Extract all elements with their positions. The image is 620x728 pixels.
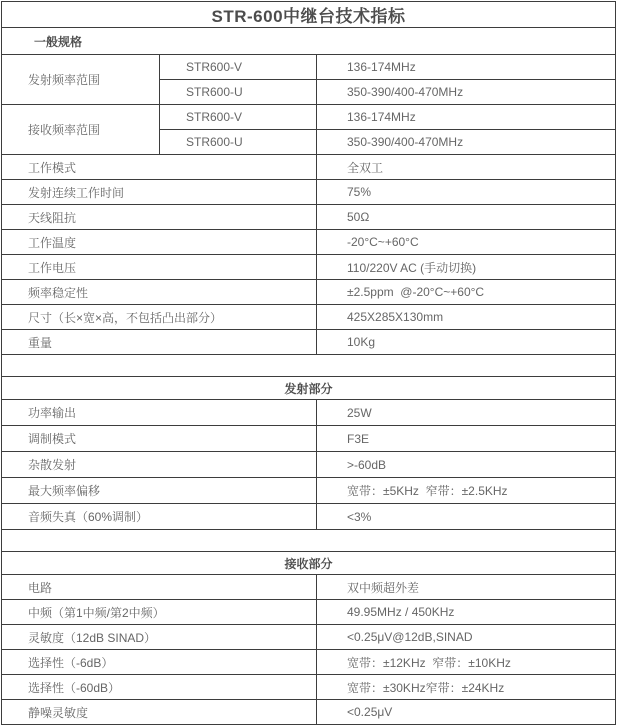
spec-row: 发射连续工作时间 75%: [2, 180, 616, 205]
spec-row: 尺寸（长×宽×高，不包括凸出部分） 425X285X130mm: [2, 305, 616, 330]
spec-row: 调制模式 F3E: [2, 426, 616, 452]
spec-value: <0.25μV@12dB,SINAD: [317, 625, 616, 650]
section-header-general: 一般规格: [2, 28, 616, 55]
model-label: STR600-V: [160, 105, 317, 130]
spacer-cell: [2, 355, 616, 377]
section-row-transmit: 发射部分: [2, 377, 616, 400]
spec-value: F3E: [317, 426, 616, 452]
spec-label: 功率输出: [2, 400, 317, 426]
spec-row: 选择性（-6dB） 宽带：±12KHz 窄带：±10KHz: [2, 650, 616, 675]
spec-value: <3%: [317, 504, 616, 530]
spec-value: <0.25μV: [317, 700, 616, 725]
spec-label: 杂散发射: [2, 452, 317, 478]
spec-row: 最大频率偏移 宽带：±5KHz 窄带：±2.5KHz: [2, 478, 616, 504]
section-row-receive: 接收部分: [2, 552, 616, 575]
section-header-receive: 接收部分: [2, 552, 616, 575]
spec-label: 电路: [2, 575, 317, 600]
spec-row: 音频失真（60%调制） <3%: [2, 504, 616, 530]
spec-label: 选择性（-60dB）: [2, 675, 317, 700]
spec-value: >-60dB: [317, 452, 616, 478]
spec-label: 发射连续工作时间: [2, 180, 317, 205]
spec-row: 工作模式 全双工: [2, 155, 616, 180]
spec-value: 双中频超外差: [317, 575, 616, 600]
spec-table: STR-600中继台技术指标 一般规格 发射频率范围 STR600-V 136-…: [1, 1, 616, 725]
spec-row: 天线阻抗 50Ω: [2, 205, 616, 230]
spec-label: 工作温度: [2, 230, 317, 255]
spec-row: 发射频率范围 STR600-V 136-174MHz: [2, 55, 616, 80]
spec-value: 136-174MHz: [317, 55, 616, 80]
spec-value: 宽带：±12KHz 窄带：±10KHz: [317, 650, 616, 675]
model-label: STR600-V: [160, 55, 317, 80]
spacer-row: [2, 355, 616, 377]
spec-row: 工作电压 110/220V AC (手动切换): [2, 255, 616, 280]
spec-row: 功率输出 25W: [2, 400, 616, 426]
spec-label: 发射频率范围: [2, 55, 160, 105]
spacer-cell: [2, 530, 616, 552]
spec-value: 49.95MHz / 450KHz: [317, 600, 616, 625]
spec-value: 25W: [317, 400, 616, 426]
spec-row: 静噪灵敏度 <0.25μV: [2, 700, 616, 725]
spec-row: 电路 双中频超外差: [2, 575, 616, 600]
spec-value: 宽带：±5KHz 窄带：±2.5KHz: [317, 478, 616, 504]
spec-label: 工作模式: [2, 155, 317, 180]
spec-row: 重量 10Kg: [2, 330, 616, 355]
spec-value: 425X285X130mm: [317, 305, 616, 330]
spec-label: 接收频率范围: [2, 105, 160, 155]
spec-label: 天线阻抗: [2, 205, 317, 230]
spacer-row: [2, 530, 616, 552]
spec-value: -20°C~+60°C: [317, 230, 616, 255]
section-row-general: 一般规格: [2, 28, 616, 55]
spec-label: 最大频率偏移: [2, 478, 317, 504]
spec-value: 136-174MHz: [317, 105, 616, 130]
spec-value: 350-390/400-470MHz: [317, 80, 616, 105]
spec-row: 工作温度 -20°C~+60°C: [2, 230, 616, 255]
spec-row: 选择性（-60dB） 宽带：±30KHz窄带：±24KHz: [2, 675, 616, 700]
spec-value: 宽带：±30KHz窄带：±24KHz: [317, 675, 616, 700]
spec-label: 调制模式: [2, 426, 317, 452]
spec-label: 中频（第1中频/第2中频）: [2, 600, 317, 625]
spec-label: 灵敏度（12dB SINAD）: [2, 625, 317, 650]
spec-row: 频率稳定性 ±2.5ppm @-20°C~+60°C: [2, 280, 616, 305]
spec-value: ±2.5ppm @-20°C~+60°C: [317, 280, 616, 305]
model-label: STR600-U: [160, 130, 317, 155]
spec-value: 50Ω: [317, 205, 616, 230]
spec-row: 杂散发射 >-60dB: [2, 452, 616, 478]
page-title: STR-600中继台技术指标: [2, 2, 616, 28]
spec-value: 10Kg: [317, 330, 616, 355]
model-label: STR600-U: [160, 80, 317, 105]
spec-value: 全双工: [317, 155, 616, 180]
spec-value: 110/220V AC (手动切换): [317, 255, 616, 280]
spec-label: 重量: [2, 330, 317, 355]
section-header-transmit: 发射部分: [2, 377, 616, 400]
spec-value: 350-390/400-470MHz: [317, 130, 616, 155]
title-row: STR-600中继台技术指标: [2, 2, 616, 28]
spec-label: 频率稳定性: [2, 280, 317, 305]
spec-row: 中频（第1中频/第2中频） 49.95MHz / 450KHz: [2, 600, 616, 625]
spec-label: 工作电压: [2, 255, 317, 280]
spec-row: 接收频率范围 STR600-V 136-174MHz: [2, 105, 616, 130]
spec-label: 音频失真（60%调制）: [2, 504, 317, 530]
spec-row: 灵敏度（12dB SINAD） <0.25μV@12dB,SINAD: [2, 625, 616, 650]
spec-label: 静噪灵敏度: [2, 700, 317, 725]
spec-label: 选择性（-6dB）: [2, 650, 317, 675]
spec-label: 尺寸（长×宽×高，不包括凸出部分）: [2, 305, 317, 330]
spec-value: 75%: [317, 180, 616, 205]
